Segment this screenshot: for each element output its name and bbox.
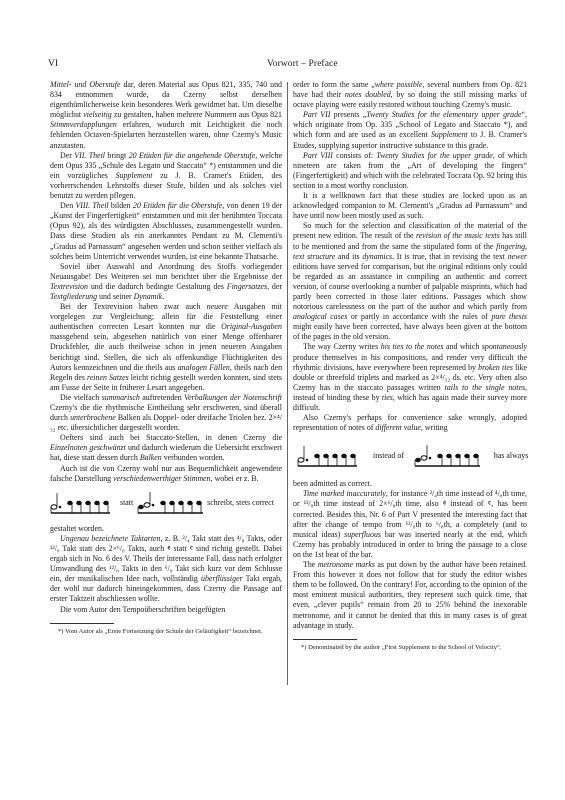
music-notation-corrected xyxy=(137,491,205,515)
paragraph: It is a wellknown fact that these studie… xyxy=(293,191,527,221)
paragraph: Part VIII consists of: Twenty Studies fo… xyxy=(293,151,527,191)
music-after-label: has always xyxy=(494,451,528,461)
footnote-divider xyxy=(293,639,357,640)
paragraph: been admitted as correct. xyxy=(293,479,527,489)
running-title: Vorwort – Preface xyxy=(267,59,338,69)
column-divider xyxy=(287,82,288,685)
paragraph: Die vom Autor den Tempoüberschriften bei… xyxy=(50,605,282,615)
music-notation-original xyxy=(297,444,359,468)
paragraph: Die vielfach summarisch auftretenden Ver… xyxy=(50,393,282,433)
music-notation-corrected xyxy=(414,444,482,468)
music-example-right: instead of xyxy=(297,441,527,471)
paragraph: The way Czerny writes his ties to the no… xyxy=(293,342,527,413)
page-number: VI xyxy=(48,59,58,69)
left-paragraphs-after-music: gestaltet worden.Ungenau bezeichnete Tak… xyxy=(50,524,282,615)
paragraph: Also Czerny's perhaps for convenience sa… xyxy=(293,413,527,433)
music-after-label: schreibt, stets correct xyxy=(207,498,274,508)
paragraph: order to form the same „where possible, … xyxy=(293,80,527,110)
paragraph: Mittel- und Oberstufe dar, deren Materia… xyxy=(50,80,282,151)
page-header: VI Vorwort – Preface xyxy=(48,59,529,73)
paragraph: gestaltet worden. xyxy=(50,524,282,534)
paragraph: Soviel über Auswahl und Anordnung des St… xyxy=(50,262,282,302)
paragraph: Part VII presents „Twenty Studies for th… xyxy=(293,110,527,150)
paragraph: Oefters sind auch bei Staccato-Stellen, … xyxy=(50,433,282,463)
paragraph: Bei der Textrevision haben zwar auch neu… xyxy=(50,302,282,393)
paragraph: Den VIII. Theil bilden 20 Etüden für die… xyxy=(50,201,282,262)
music-between-label: statt xyxy=(120,498,133,508)
paragraph: Der VII. Theil bringt 20 Etüden für die … xyxy=(50,151,282,201)
right-column-english: order to form the same „where possible, … xyxy=(293,80,527,652)
document-page: VI Vorwort – Preface Mittel- und Oberstu… xyxy=(0,0,565,800)
footnote-left: *) Vom Autor als „Erste Fortsetzung der … xyxy=(50,628,282,636)
paragraph: Ungenau bezeichnete Taktarten, z. B. ²/₄… xyxy=(50,534,282,605)
right-paragraphs: order to form the same „where possible, … xyxy=(293,80,527,433)
footnote-right: *) Denominated by the author „First Supp… xyxy=(293,644,527,652)
right-paragraphs-after-music: been admitted as correct.Time marked ina… xyxy=(293,479,527,630)
music-between-label: instead of xyxy=(373,451,404,461)
left-paragraphs: Mittel- und Oberstufe dar, deren Materia… xyxy=(50,80,282,484)
paragraph: Auch ist die von Czerny wohl nur aus Beq… xyxy=(50,464,282,484)
paragraph: The metronome marks as put down by the a… xyxy=(293,560,527,631)
left-column-german: Mittel- und Oberstufe dar, deren Materia… xyxy=(50,80,282,636)
paragraph: So much for the selection and classifica… xyxy=(293,221,527,342)
music-example-left: statt xyxy=(50,488,282,518)
footnote-divider xyxy=(50,623,114,624)
music-notation-original xyxy=(50,491,112,515)
paragraph: Time marked inaccurately, for instance ²… xyxy=(293,489,527,560)
